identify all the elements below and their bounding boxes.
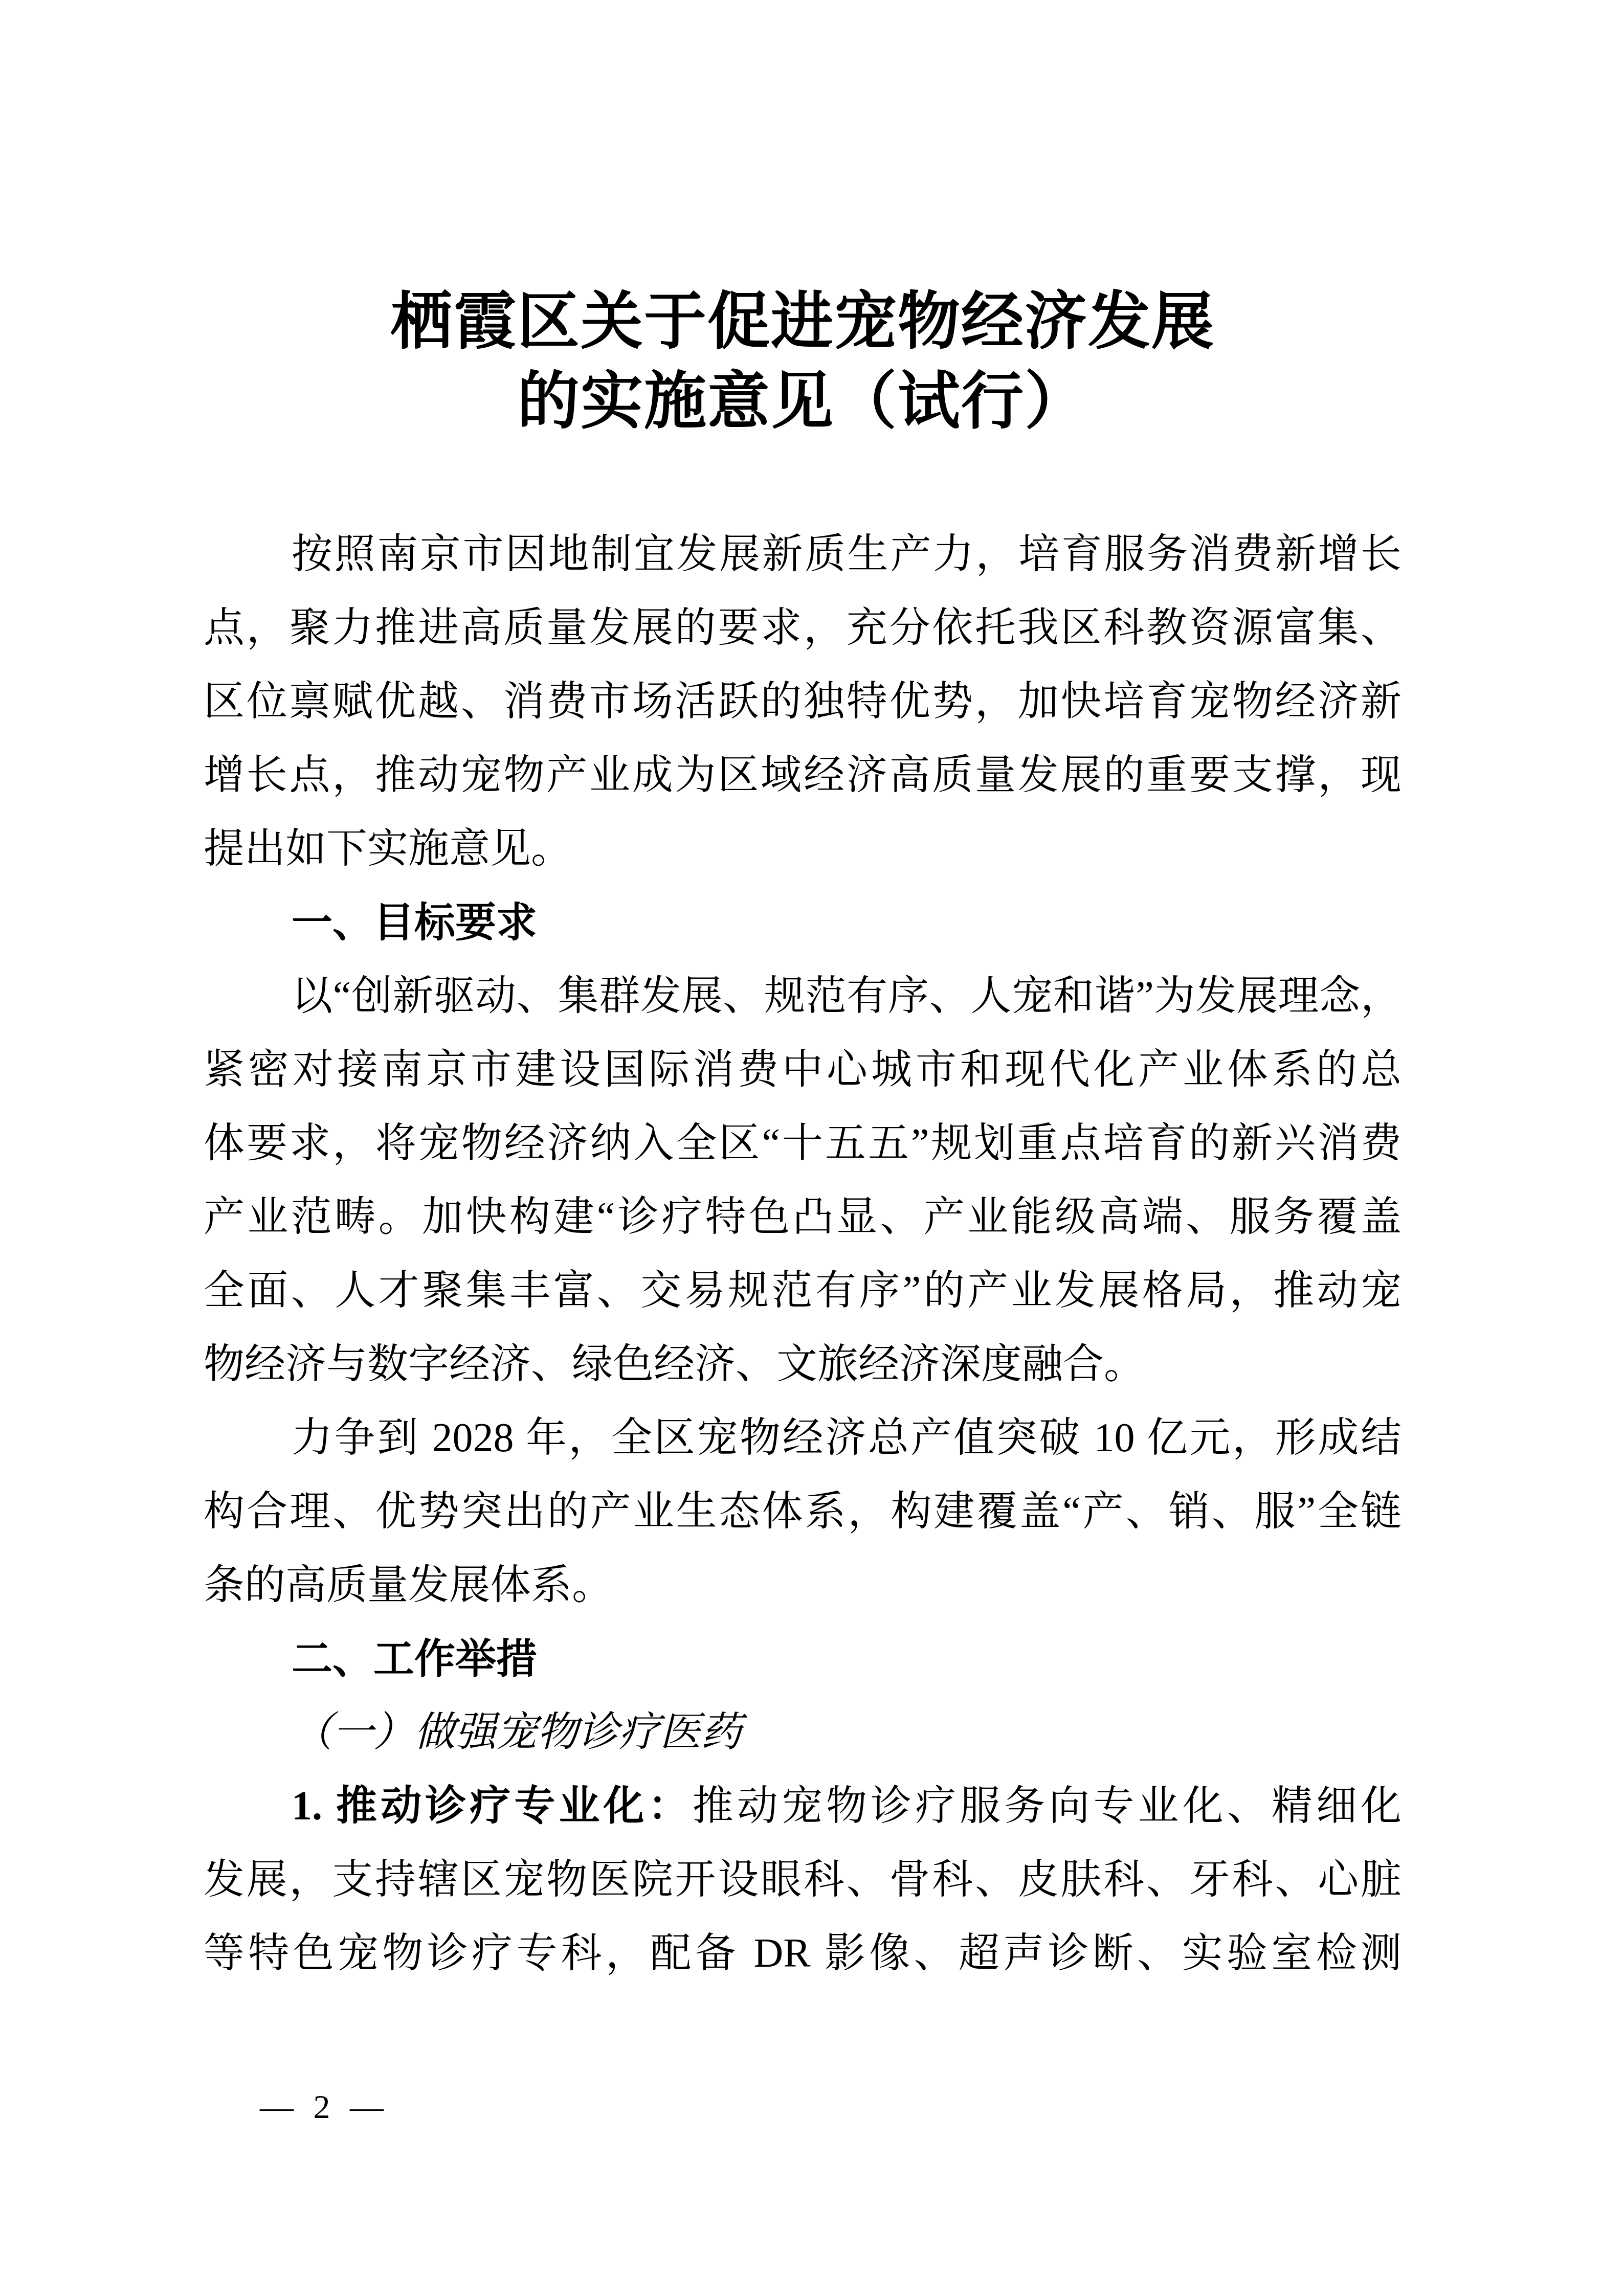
body-line: 点，聚力推进高质量发展的要求，充分依托我区科教资源富集、 <box>204 591 1401 665</box>
title-line-2: 的实施意见（试行） <box>204 362 1401 442</box>
body-line: 提出如下实施意见。 <box>204 812 1401 886</box>
body-line: 等特色宠物诊疗专科，配备 DR 影像、超声诊断、实验室检测 <box>204 1917 1401 1990</box>
body-line: 按照南京市因地制宜发展新质生产力，培育服务消费新增长 <box>204 517 1401 591</box>
heading-section-measures: 二、工作举措 <box>204 1622 1401 1696</box>
page-title: 栖霞区关于促进宠物经济发展 的实施意见（试行） <box>204 282 1401 442</box>
body-line: 条的高质量发展体系。 <box>204 1548 1401 1622</box>
numbered-item-text: 推动宠物诊疗服务向专业化、精细化 <box>693 1784 1401 1829</box>
title-line-1: 栖霞区关于促进宠物经济发展 <box>204 282 1401 362</box>
body-line: 以“创新驱动、集群发展、规范有序、人宠和谐”为发展理念， <box>204 959 1401 1033</box>
page-footer: — 2 — <box>260 2089 384 2125</box>
body-line: 力争到 2028 年，全区宠物经济总产值突破 10 亿元，形成结 <box>204 1401 1401 1475</box>
body-line: 紧密对接南京市建设国际消费中心城市和现代化产业体系的总 <box>204 1033 1401 1107</box>
body-line: 全面、人才聚集丰富、交易规范有序”的产业发展格局，推动宠 <box>204 1254 1401 1327</box>
numbered-item-label: 1. 推动诊疗专业化： <box>292 1784 693 1829</box>
page-number: — 2 — <box>260 2088 384 2126</box>
subheading-pet-medical: （一）做强宠物诊疗医药 <box>204 1696 1401 1769</box>
body-line: 区位禀赋优越、消费市场活跃的独特优势，加快培育宠物经济新 <box>204 665 1401 738</box>
body-line: 发展，支持辖区宠物医院开设眼科、骨科、皮肤科、牙科、心脏 <box>204 1843 1401 1917</box>
body-line: 1. 推动诊疗专业化：推动宠物诊疗服务向专业化、精细化 <box>204 1769 1401 1843</box>
document-page: 栖霞区关于促进宠物经济发展 的实施意见（试行） 按照南京市因地制宜发展新质生产力… <box>0 0 1624 2296</box>
document-body: 按照南京市因地制宜发展新质生产力，培育服务消费新增长 点，聚力推进高质量发展的要… <box>204 517 1401 1990</box>
body-line: 产业范畴。加快构建“诊疗特色凸显、产业能级高端、服务覆盖 <box>204 1180 1401 1254</box>
heading-section-goals: 一、目标要求 <box>204 886 1401 959</box>
body-line: 物经济与数字经济、绿色经济、文旅经济深度融合。 <box>204 1327 1401 1401</box>
document-content: 栖霞区关于促进宠物经济发展 的实施意见（试行） 按照南京市因地制宜发展新质生产力… <box>204 282 1401 1990</box>
body-line: 构合理、优势突出的产业生态体系，构建覆盖“产、销、服”全链 <box>204 1475 1401 1548</box>
body-line: 体要求，将宠物经济纳入全区“十五五”规划重点培育的新兴消费 <box>204 1107 1401 1180</box>
body-line: 增长点，推动宠物产业成为区域经济高质量发展的重要支撑，现 <box>204 738 1401 812</box>
